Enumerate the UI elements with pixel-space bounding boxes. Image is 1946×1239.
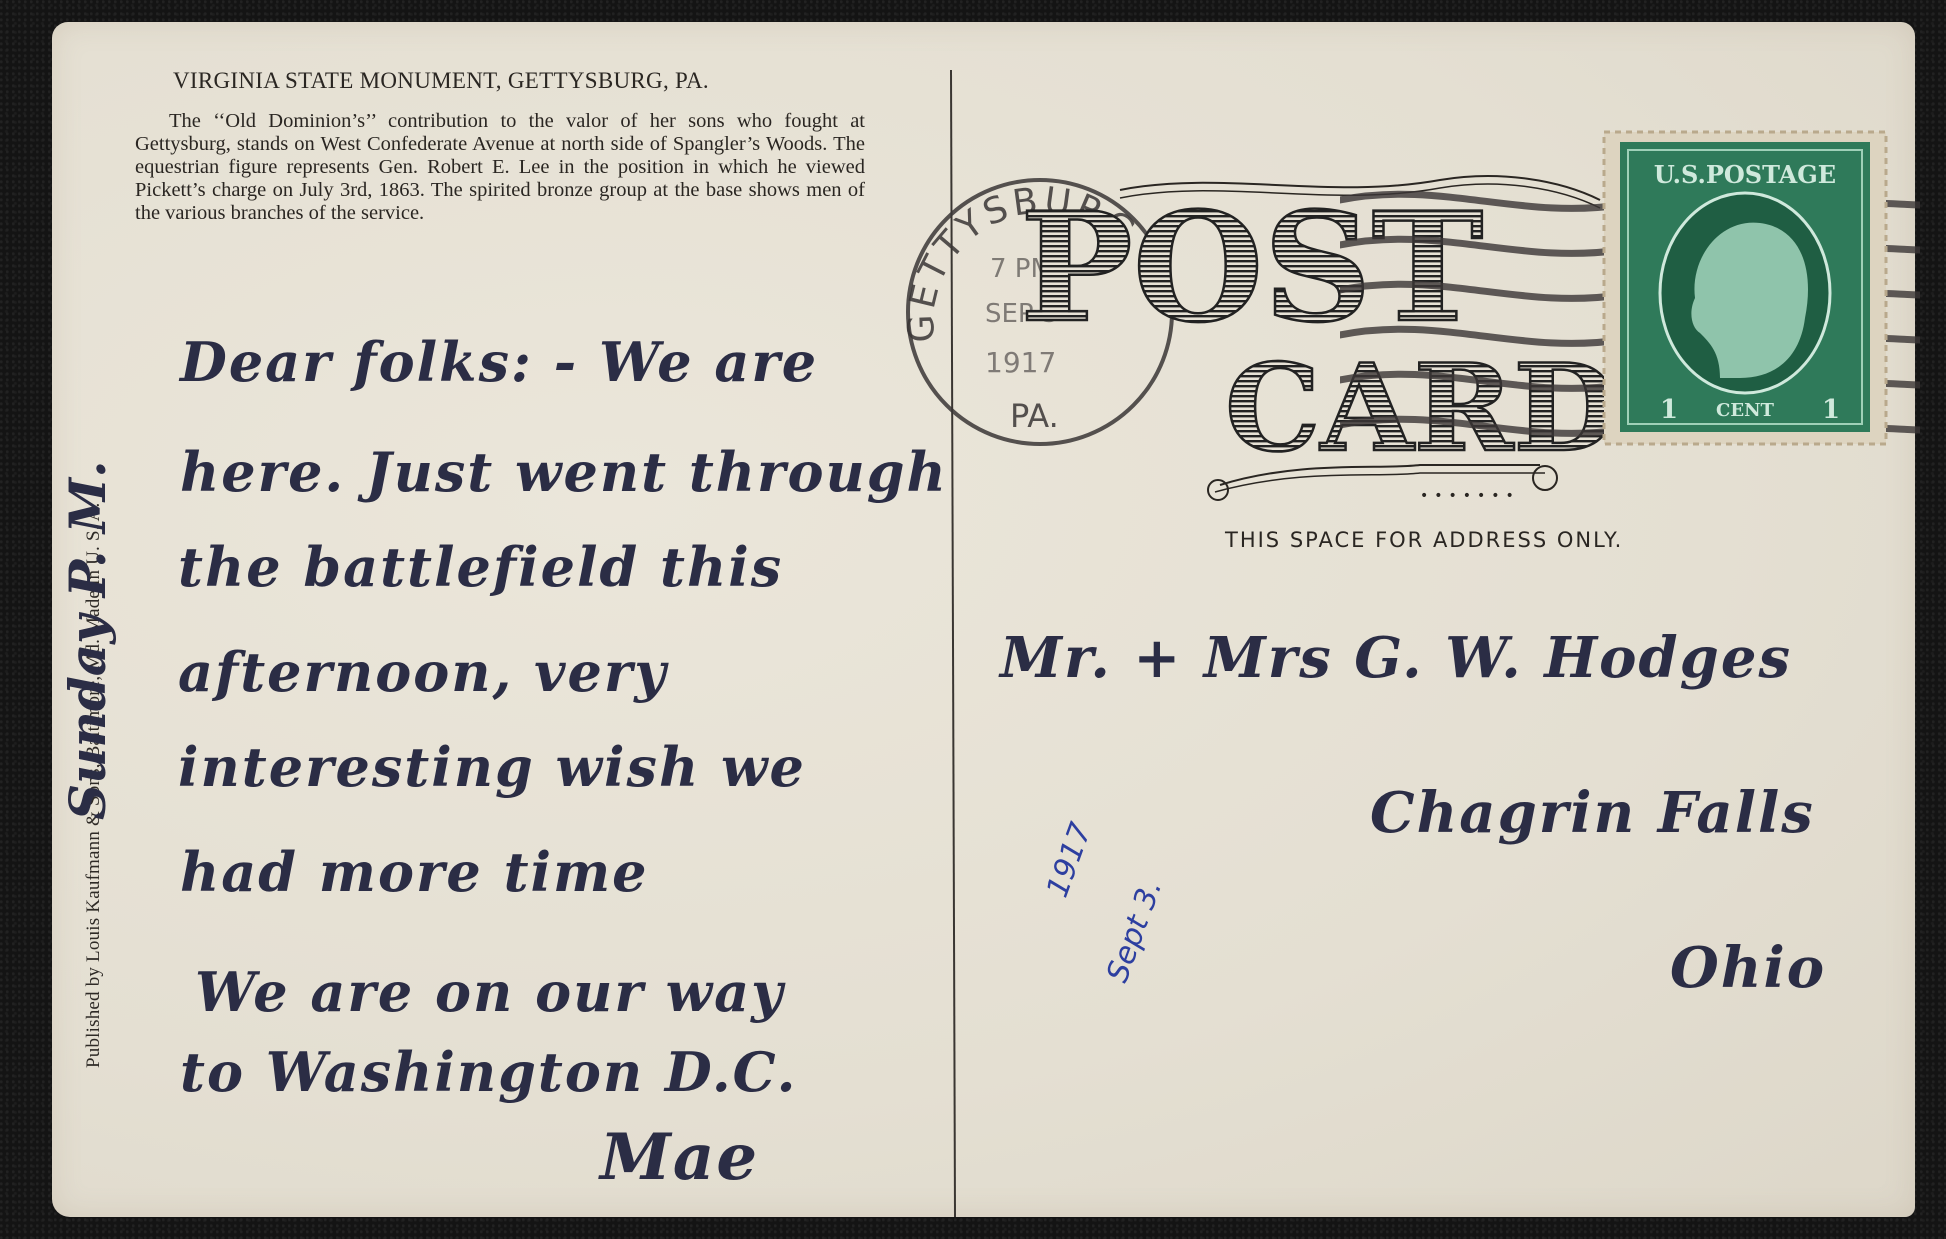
- sideways-handwritten-note: Sunday P. M.: [58, 460, 117, 820]
- message-line: to Washington D.C.: [180, 1040, 797, 1104]
- message-line: Dear folks: - We are: [180, 330, 818, 394]
- message-line: afternoon, very: [178, 640, 668, 704]
- address-line: Mr. + Mrs G. W. Hodges: [1000, 625, 1792, 691]
- svg-text:CENT: CENT: [1716, 400, 1774, 421]
- signature: Mae: [600, 1120, 759, 1195]
- message-line: here. Just went through: [180, 440, 948, 504]
- message-line: the battlefield this: [178, 535, 783, 599]
- address-only-note: THIS SPACE FOR ADDRESS ONLY.: [1225, 528, 1623, 552]
- address-line: Chagrin Falls: [1370, 780, 1815, 846]
- address-line: Ohio: [1670, 935, 1826, 1001]
- message-line: had more time: [180, 840, 649, 904]
- one-cent-washington-stamp-icon: U.S.POSTAGE 1 CENT 1: [1600, 128, 1890, 448]
- caption-body: The ‘‘Old Dominion’s’’ contribution to t…: [135, 110, 865, 225]
- message-line: interesting wish we: [178, 735, 806, 799]
- message-line: We are on our way: [195, 960, 784, 1024]
- svg-text:1: 1: [1822, 395, 1840, 425]
- svg-text:U.S.POSTAGE: U.S.POSTAGE: [1654, 160, 1836, 189]
- svg-text:1: 1: [1660, 395, 1678, 425]
- svg-text:•••••••: •••••••: [1420, 488, 1520, 504]
- caption-title: VIRGINIA STATE MONUMENT, GETTYSBURG, PA.: [173, 68, 709, 94]
